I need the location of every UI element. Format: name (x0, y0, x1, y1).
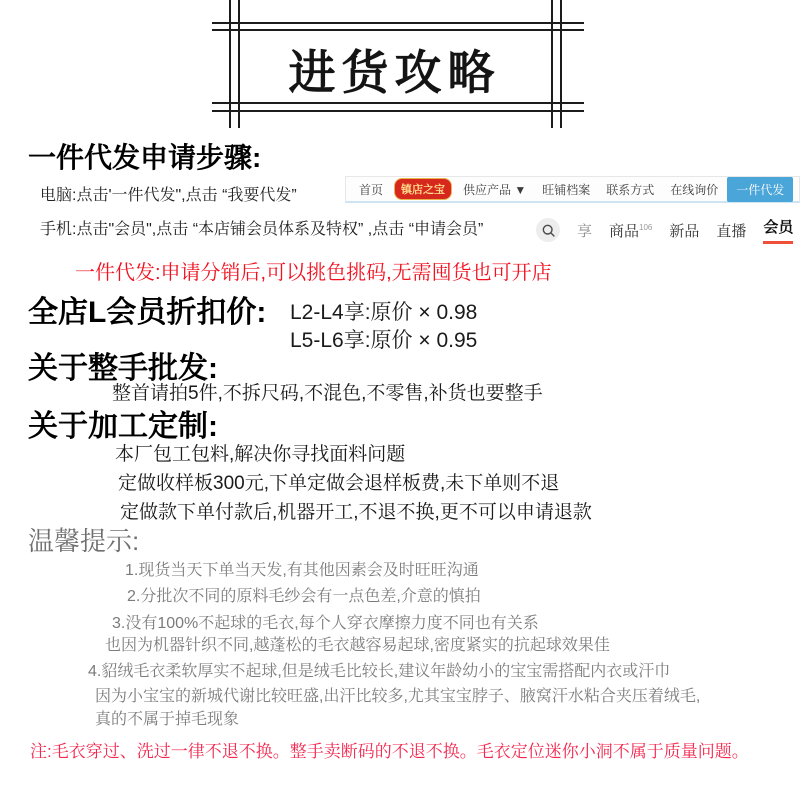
tip-line: 2.分批次不同的原料毛纱会有一点色差,介意的慎拍 (127, 583, 481, 606)
tip-line: 也因为机器针织不同,越蓬松的毛衣越容易起球,密度紧实的抗起球效果佳 (105, 632, 610, 655)
pc-navbar: 首页 镇店之宝 供应产品 ▼ 旺铺档案 联系方式 在线询价 一件代发 微商代理 … (345, 176, 800, 203)
tip-line: 1.现货当天下单当天发,有其他因素会及时旺旺沟通 (125, 557, 479, 580)
frame-line-vertical (560, 0, 562, 128)
pc-nav-item-inquiry[interactable]: 在线询价 (663, 181, 725, 198)
tip-line: 3.没有100%不起球的毛衣,每个人穿衣摩擦力度不同也有关系 (112, 610, 539, 633)
goods-count-sup: 106 (639, 223, 652, 232)
pc-nav-item-products[interactable]: 供应产品 ▼ (456, 181, 533, 198)
custom-line: 定做款下单付款后,机器开工,不退不换,更不可以申请退款 (120, 497, 592, 524)
tip-line: 4.貂绒毛衣柔软厚实不起球,但是绒毛比较长,建议年龄幼小的宝宝需搭配内衣或汗巾 (88, 658, 670, 681)
pc-instruction-label: 电脑:点击'一件代发",点击 “我要代发” (40, 182, 297, 205)
pc-nav-item-agent[interactable]: 微商代理 (795, 181, 800, 198)
pc-nav-badge-store-treasure[interactable]: 镇店之宝 (394, 178, 452, 200)
tips-heading: 温馨提示: (28, 521, 139, 558)
member-discount-heading: 全店L会员折扣价: (28, 287, 266, 331)
frame-line-vertical (551, 0, 553, 128)
pc-nav-item-contact[interactable]: 联系方式 (599, 181, 661, 198)
mobile-navbar: 享 商品106 新品 直播 会员 (536, 212, 796, 248)
mobile-nav-item-enjoy[interactable]: 享 (577, 220, 592, 241)
frame-line-horizontal (212, 22, 584, 24)
pc-nav-item-archive[interactable]: 旺铺档案 (535, 181, 597, 198)
mobile-nav-item-member[interactable]: 会员 (763, 216, 793, 244)
dropship-steps-heading: 一件代发申请步骤: (28, 136, 261, 176)
footer-note: 注:毛衣穿过、洗过一律不退不换。整手卖断码的不退不换。毛衣定位迷你小洞不属于质量… (30, 737, 749, 762)
frame-line-vertical (229, 0, 231, 128)
custom-line: 定做收样板300元,下单定做会退样板费,未下单则不退 (118, 468, 559, 495)
pc-nav-item-dropship[interactable]: 一件代发 (727, 177, 793, 202)
page: 进货攻略 一件代发申请步骤: 电脑:点击'一件代发",点击 “我要代发” 首页 … (0, 0, 800, 800)
page-title: 进货攻略 (238, 36, 551, 103)
mobile-instruction-label: 手机:点击"会员",点击 “本店铺会员体系及特权” ,点击 “申请会员” (40, 216, 483, 239)
mobile-nav-item-live[interactable]: 直播 (716, 220, 746, 241)
custom-line: 本厂包工包料,解决你寻找面料问题 (115, 439, 405, 466)
frame-line-horizontal (212, 29, 584, 31)
discount-line: L5-L6享:原价 × 0.95 (290, 324, 477, 354)
discount-line: L2-L4享:原价 × 0.98 (290, 296, 477, 326)
mobile-nav-item-new[interactable]: 新品 (669, 220, 699, 241)
tip-line: 因为小宝宝的新城代谢比较旺盛,出汗比较多,尤其宝宝脖子、腋窝汗水粘合夹压着绒毛, (95, 683, 700, 706)
mobile-nav-item-goods[interactable]: 商品106 (609, 220, 652, 241)
tip-line: 真的不属于掉毛现象 (95, 706, 239, 729)
frame-line-horizontal (212, 110, 584, 112)
goods-label: 商品 (609, 223, 639, 240)
search-icon[interactable] (536, 218, 560, 242)
pc-nav-item-home[interactable]: 首页 (352, 181, 390, 198)
dropship-note: 一件代发:申请分销后,可以挑色挑码,无需囤货也可开店 (75, 256, 552, 285)
